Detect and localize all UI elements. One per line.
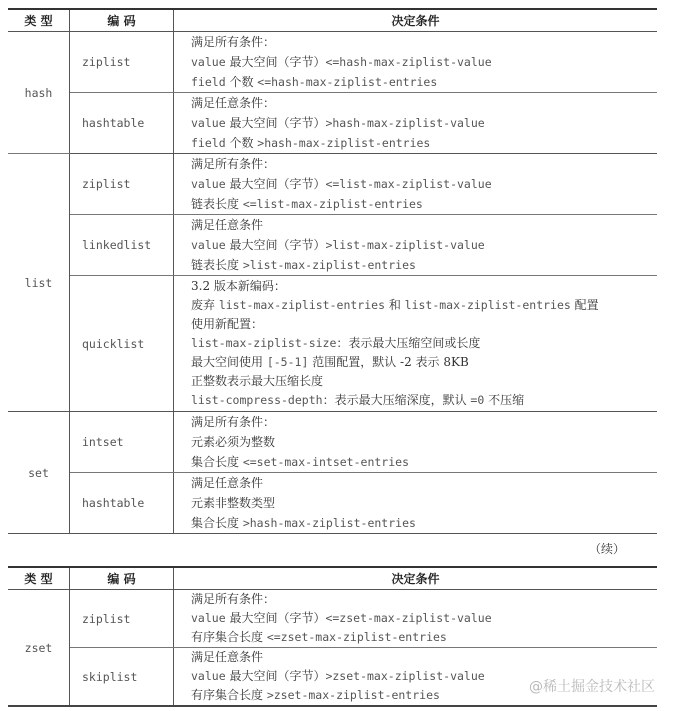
conditions-cell: 满足任意条件 元素非整数类型 集合长度 >hash-max-ziplist-en…: [174, 473, 658, 534]
condition-line: 最大空间使用 [-5-1] 范围配置，默认 -2 表示 8KB: [191, 353, 657, 372]
encoding-cell: skiplist: [70, 648, 174, 707]
table-row: hash ziplist 满足所有条件： value 最大空间（字节）<=has…: [8, 32, 657, 93]
table-row: set intset 满足所有条件： 元素必须为整数 集合长度 <=set-ma…: [8, 412, 657, 473]
condition-line: 满足任意条件: [191, 648, 657, 667]
condition-line: value 最大空间（字节）>hash-max-ziplist-value: [191, 113, 657, 133]
type-cell: set: [8, 412, 70, 534]
conditions-cell: 满足任意条件 value 最大空间（字节）>list-max-ziplist-v…: [174, 215, 658, 276]
encoding-cell: ziplist: [70, 32, 174, 93]
encoding-cell: ziplist: [70, 590, 174, 648]
encoding-cell: hashtable: [70, 473, 174, 534]
conditions-cell: 满足所有条件： value 最大空间（字节）<=list-max-ziplist…: [174, 154, 658, 215]
conditions-cell: 满足所有条件： value 最大空间（字节）<=zset-max-ziplist…: [174, 590, 658, 648]
conditions-cell: 满足任意条件： value 最大空间（字节）>hash-max-ziplist-…: [174, 93, 658, 154]
condition-line: 使用新配置：: [191, 315, 657, 334]
condition-line: 满足任意条件: [191, 473, 657, 493]
condition-line: list-max-ziplist-size：表示最大压缩空间或长度: [191, 334, 657, 353]
table-row: hashtable 满足任意条件： value 最大空间（字节）>hash-ma…: [8, 93, 657, 154]
condition-line: 有序集合长度 <=zset-max-ziplist-entries: [191, 628, 657, 647]
condition-line: 满足任意条件: [191, 215, 657, 235]
encoding-cell: hashtable: [70, 93, 174, 154]
condition-line: field 个数 >hash-max-ziplist-entries: [191, 133, 657, 153]
type-cell: list: [8, 154, 70, 412]
condition-line: 满足所有条件：: [191, 412, 657, 432]
condition-line: 集合长度 >hash-max-ziplist-entries: [191, 513, 657, 533]
header-encoding: 编 码: [70, 567, 174, 590]
condition-line: 链表长度 <=list-max-ziplist-entries: [191, 194, 657, 214]
condition-line: list-compress-depth：表示最大压缩深度，默认 =0 不压缩: [191, 391, 657, 410]
condition-line: value 最大空间（字节）<=hash-max-ziplist-value: [191, 52, 657, 72]
condition-line: 3.2 版本新编码：: [191, 277, 657, 296]
condition-line: 元素非整数类型: [191, 493, 657, 513]
type-cell: hash: [8, 32, 70, 154]
encoding-cell: linkedlist: [70, 215, 174, 276]
encoding-cell: quicklist: [70, 276, 174, 412]
condition-line: 废弃 list-max-ziplist-entries 和 list-max-z…: [191, 296, 657, 315]
watermark: @稀土掘金技术社区: [529, 676, 655, 696]
continued-label: （续）: [589, 540, 625, 557]
header-type: 类 型: [8, 9, 70, 32]
condition-line: 满足所有条件：: [191, 590, 657, 609]
condition-line: 元素必须为整数: [191, 432, 657, 452]
condition-line: value 最大空间（字节）<=zset-max-ziplist-value: [191, 609, 657, 628]
encoding-cell: ziplist: [70, 154, 174, 215]
table-row: hashtable 满足任意条件 元素非整数类型 集合长度 >hash-max-…: [8, 473, 657, 534]
condition-line: value 最大空间（字节）>list-max-ziplist-value: [191, 235, 657, 255]
encoding-table: 类 型 编 码 决定条件 hash ziplist 满足所有条件： value …: [8, 8, 657, 534]
condition-line: field 个数 <=hash-max-ziplist-entries: [191, 72, 657, 92]
condition-line: 集合长度 <=set-max-intset-entries: [191, 452, 657, 472]
conditions-cell: 3.2 版本新编码： 废弃 list-max-ziplist-entries 和…: [174, 276, 658, 412]
header-encoding: 编 码: [70, 9, 174, 32]
table-row: zset ziplist 满足所有条件： value 最大空间（字节）<=zse…: [8, 590, 657, 648]
condition-line: 正整数表示最大压缩长度: [191, 372, 657, 391]
condition-line: 满足所有条件：: [191, 32, 657, 52]
condition-line: 满足所有条件：: [191, 154, 657, 174]
header-conditions: 决定条件: [174, 9, 658, 32]
header-type: 类 型: [8, 567, 70, 590]
header-row: 类 型 编 码 决定条件: [8, 567, 657, 590]
header-conditions: 决定条件: [174, 567, 658, 590]
encoding-cell: intset: [70, 412, 174, 473]
conditions-cell: 满足所有条件： 元素必须为整数 集合长度 <=set-max-intset-en…: [174, 412, 658, 473]
conditions-cell: 满足所有条件： value 最大空间（字节）<=hash-max-ziplist…: [174, 32, 658, 93]
type-cell: zset: [8, 590, 70, 707]
table-row: linkedlist 满足任意条件 value 最大空间（字节）>list-ma…: [8, 215, 657, 276]
condition-line: value 最大空间（字节）<=list-max-ziplist-value: [191, 174, 657, 194]
condition-line: 链表长度 >list-max-ziplist-entries: [191, 255, 657, 275]
table-row: quicklist 3.2 版本新编码： 废弃 list-max-ziplist…: [8, 276, 657, 412]
table-row: list ziplist 满足所有条件： value 最大空间（字节）<=lis…: [8, 154, 657, 215]
condition-line: 满足任意条件：: [191, 93, 657, 113]
header-row: 类 型 编 码 决定条件: [8, 9, 657, 32]
